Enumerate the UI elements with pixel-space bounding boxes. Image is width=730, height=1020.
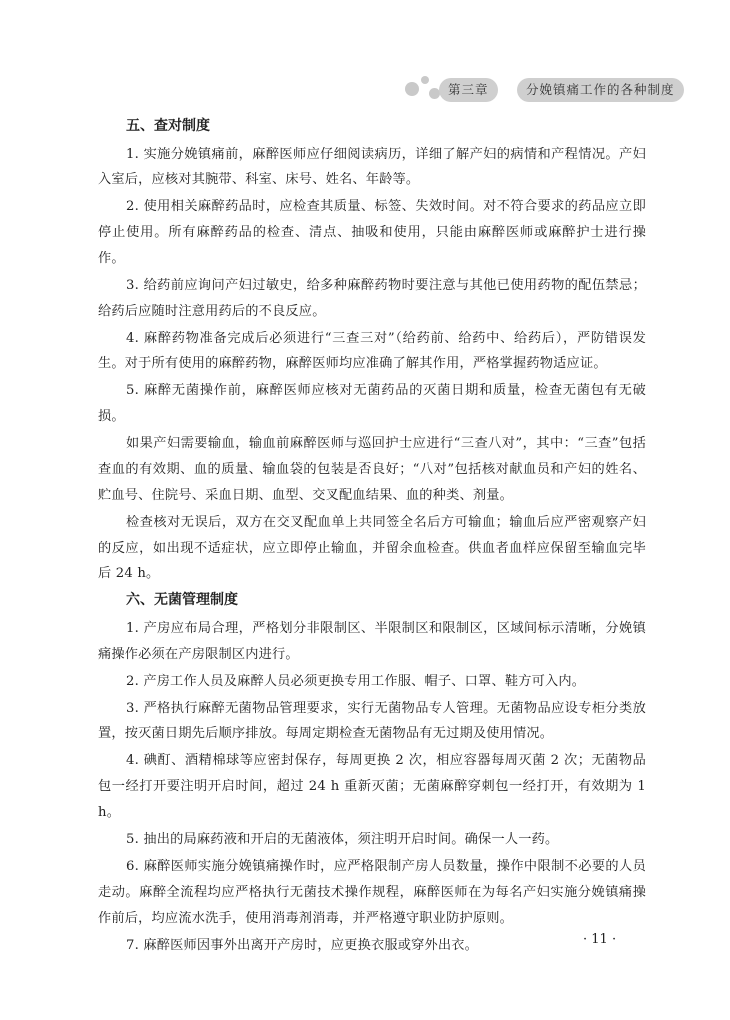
decorative-dot — [421, 76, 429, 84]
paragraph: 5. 抽出的局麻药液和开启的无菌液体，须注明开启时间。确保一人一药。 — [98, 827, 646, 853]
chapter-label: 第三章 — [439, 78, 498, 102]
paragraph: 4. 麻醉药物准备完成后必须进行“三查三对”（给药前、给药中、给药后），严防错误… — [98, 326, 646, 378]
paragraph: 5. 麻醉无菌操作前，麻醉医师应核对无菌药品的灭菌日期和质量，检查无菌包有无破损… — [98, 378, 646, 430]
paragraph: 3. 给药前应询问产妇过敏史，给多种麻醉药物时要注意与其他已使用药物的配伍禁忌；… — [98, 273, 646, 325]
paragraph: 2. 使用相关麻醉药品时，应检查其质量、标签、失效时间。对不符合要求的药品应立即… — [98, 194, 646, 271]
section-heading: 六、无菌管理制度 — [98, 588, 646, 616]
paragraph: 1. 产房应布局合理，严格划分非限制区、半限制区和限制区，区域间标示清晰，分娩镇… — [98, 616, 646, 668]
paragraph: 4. 碘酊、酒精棉球等应密封保存，每周更换 2 次，相应容器每周灭菌 2 次；无… — [98, 748, 646, 825]
paragraph: 3. 严格执行麻醉无菌物品管理要求，实行无菌物品专人管理。无菌物品应设专柜分类放… — [98, 696, 646, 748]
paragraph: 如果产妇需要输血，输血前麻醉医师与巡回护士应进行“三查八对”，其中：“三查”包括… — [98, 431, 646, 508]
chapter-title: 分娩镇痛工作的各种制度 — [517, 78, 684, 102]
paragraph: 检查核对无误后，双方在交叉配血单上共同签全名后方可输血；输血后应严密观察产妇的反… — [98, 510, 646, 587]
paragraph: 7. 麻醉医师因事外出离开产房时，应更换衣服或穿外出衣。 — [98, 933, 646, 959]
page-body: 五、查对制度 1. 实施分娩镇痛前，麻醉医师应仔细阅读病历，详细了解产妇的病情和… — [98, 114, 646, 960]
paragraph: 1. 实施分娩镇痛前，麻醉医师应仔细阅读病历，详细了解产妇的病情和产程情况。产妇… — [98, 142, 646, 194]
paragraph: 2. 产房工作人员及麻醉人员必须更换专用工作服、帽子、口罩、鞋方可入内。 — [98, 669, 646, 695]
running-header: 第三章 分娩镇痛工作的各种制度 — [405, 74, 705, 104]
page-number: · 11 · — [583, 932, 616, 947]
decorative-dot — [405, 82, 419, 96]
section-heading: 五、查对制度 — [98, 114, 646, 142]
paragraph: 6. 麻醉医师实施分娩镇痛操作时，应严格限制产房人员数量，操作中限制不必要的人员… — [98, 854, 646, 931]
